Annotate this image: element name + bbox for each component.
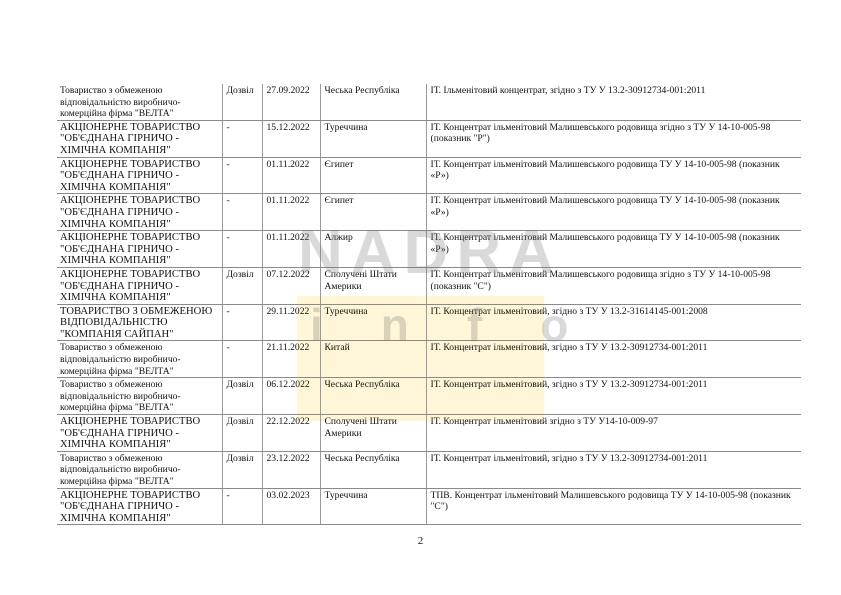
country-cell: Китай [320, 341, 426, 378]
permit-cell: - [222, 488, 262, 525]
country-cell: Чеська Республіка [320, 451, 426, 488]
table-row: Товариство з обмеженою відповідальністю … [57, 378, 801, 415]
company-cell: АКЦІОНЕРНЕ ТОВАРИСТВО "ОБ'ЄДНАНА ГІРНИЧО… [57, 267, 222, 304]
product-cell: ІТ. Концентрат ільменітовий Малишевськог… [426, 231, 801, 268]
date-cell: 15.12.2022 [262, 120, 320, 157]
permit-cell: - [222, 194, 262, 231]
table-row: Товариство з обмеженою відповідальністю … [57, 341, 801, 378]
table-row: АКЦІОНЕРНЕ ТОВАРИСТВО "ОБ'ЄДНАНА ГІРНИЧО… [57, 120, 801, 157]
date-cell: 01.11.2022 [262, 157, 320, 194]
country-cell: Чеська Республіка [320, 84, 426, 120]
company-cell: АКЦІОНЕРНЕ ТОВАРИСТВО "ОБ'ЄДНАНА ГІРНИЧО… [57, 194, 222, 231]
permit-cell: - [222, 341, 262, 378]
document-page: Товариство з обмеженою відповідальністю … [0, 0, 841, 595]
company-cell: Товариство з обмеженою відповідальністю … [57, 341, 222, 378]
date-cell: 01.11.2022 [262, 194, 320, 231]
date-cell: 22.12.2022 [262, 415, 320, 452]
country-cell: Єгипет [320, 157, 426, 194]
company-cell: АКЦІОНЕРНЕ ТОВАРИСТВО "ОБ'ЄДНАНА ГІРНИЧО… [57, 231, 222, 268]
company-cell: АКЦІОНЕРНЕ ТОВАРИСТВО "ОБ'ЄДНАНА ГІРНИЧО… [57, 488, 222, 525]
date-cell: 01.11.2022 [262, 231, 320, 268]
product-cell: ІТ. Концентрат ільменітовий Малишевськог… [426, 267, 801, 304]
date-cell: 03.02.2023 [262, 488, 320, 525]
export-permits-table: Товариство з обмеженою відповідальністю … [57, 84, 801, 525]
company-cell: АКЦІОНЕРНЕ ТОВАРИСТВО "ОБ'ЄДНАНА ГІРНИЧО… [57, 157, 222, 194]
permit-cell: Дозвіл [222, 451, 262, 488]
table-row: АКЦІОНЕРНЕ ТОВАРИСТВО "ОБ'ЄДНАНА ГІРНИЧО… [57, 231, 801, 268]
table-row: Товариство з обмеженою відповідальністю … [57, 451, 801, 488]
product-cell: ІТ. Ільменітовий концентрат, згідно з ТУ… [426, 84, 801, 120]
date-cell: 23.12.2022 [262, 451, 320, 488]
product-cell: ІТ. Концентрат ільменітовий Малишевськог… [426, 120, 801, 157]
date-cell: 06.12.2022 [262, 378, 320, 415]
product-cell: ІТ. Концентрат ільменітовий, згідно з ТУ… [426, 451, 801, 488]
product-cell: ІТ. Концентрат ільменітовий, згідно з ТУ… [426, 304, 801, 341]
country-cell: Сполучені Штати Америки [320, 267, 426, 304]
product-cell: ІТ. Концентрат ільменітовий Малишевськог… [426, 157, 801, 194]
date-cell: 21.11.2022 [262, 341, 320, 378]
date-cell: 29.11.2022 [262, 304, 320, 341]
product-cell: ТПВ. Концентрат ільменітовий Малишевсько… [426, 488, 801, 525]
date-cell: 27.09.2022 [262, 84, 320, 120]
product-cell: ІТ. Концентрат ільменітовий Малишевськог… [426, 194, 801, 231]
product-cell: ІТ. Концентрат ільменітовий, згідно з ТУ… [426, 378, 801, 415]
company-cell: Товариство з обмеженою відповідальністю … [57, 84, 222, 120]
permit-cell: - [222, 304, 262, 341]
country-cell: Єгипет [320, 194, 426, 231]
permit-cell: Дозвіл [222, 378, 262, 415]
table-row: АКЦІОНЕРНЕ ТОВАРИСТВО "ОБ'ЄДНАНА ГІРНИЧО… [57, 415, 801, 452]
page-number: 2 [0, 535, 841, 547]
company-cell: АКЦІОНЕРНЕ ТОВАРИСТВО "ОБ'ЄДНАНА ГІРНИЧО… [57, 120, 222, 157]
table-row: АКЦІОНЕРНЕ ТОВАРИСТВО "ОБ'ЄДНАНА ГІРНИЧО… [57, 157, 801, 194]
company-cell: ТОВАРИСТВО З ОБМЕЖЕНОЮ ВІДПОВІДАЛЬНІСТЮ … [57, 304, 222, 341]
country-cell: Алжир [320, 231, 426, 268]
company-cell: Товариство з обмеженою відповідальністю … [57, 451, 222, 488]
country-cell: Туреччина [320, 488, 426, 525]
table-row: АКЦІОНЕРНЕ ТОВАРИСТВО "ОБ'ЄДНАНА ГІРНИЧО… [57, 194, 801, 231]
permit-cell: Дозвіл [222, 84, 262, 120]
date-cell: 07.12.2022 [262, 267, 320, 304]
permit-cell: - [222, 157, 262, 194]
product-cell: ІТ. Концентрат ільменітовий, згідно з ТУ… [426, 341, 801, 378]
permit-cell: Дозвіл [222, 267, 262, 304]
country-cell: Сполучені Штати Америки [320, 415, 426, 452]
permit-cell: - [222, 231, 262, 268]
permit-cell: Дозвіл [222, 415, 262, 452]
company-cell: АКЦІОНЕРНЕ ТОВАРИСТВО "ОБ'ЄДНАНА ГІРНИЧО… [57, 415, 222, 452]
table-row: ТОВАРИСТВО З ОБМЕЖЕНОЮ ВІДПОВІДАЛЬНІСТЮ … [57, 304, 801, 341]
country-cell: Чеська Республіка [320, 378, 426, 415]
product-cell: ІТ. Концентрат ільменітовий згідно з ТУ … [426, 415, 801, 452]
permit-cell: - [222, 120, 262, 157]
table-row: АКЦІОНЕРНЕ ТОВАРИСТВО "ОБ'ЄДНАНА ГІРНИЧО… [57, 267, 801, 304]
country-cell: Туреччина [320, 120, 426, 157]
table-row: Товариство з обмеженою відповідальністю … [57, 84, 801, 120]
table-row: АКЦІОНЕРНЕ ТОВАРИСТВО "ОБ'ЄДНАНА ГІРНИЧО… [57, 488, 801, 525]
company-cell: Товариство з обмеженою відповідальністю … [57, 378, 222, 415]
country-cell: Туреччина [320, 304, 426, 341]
